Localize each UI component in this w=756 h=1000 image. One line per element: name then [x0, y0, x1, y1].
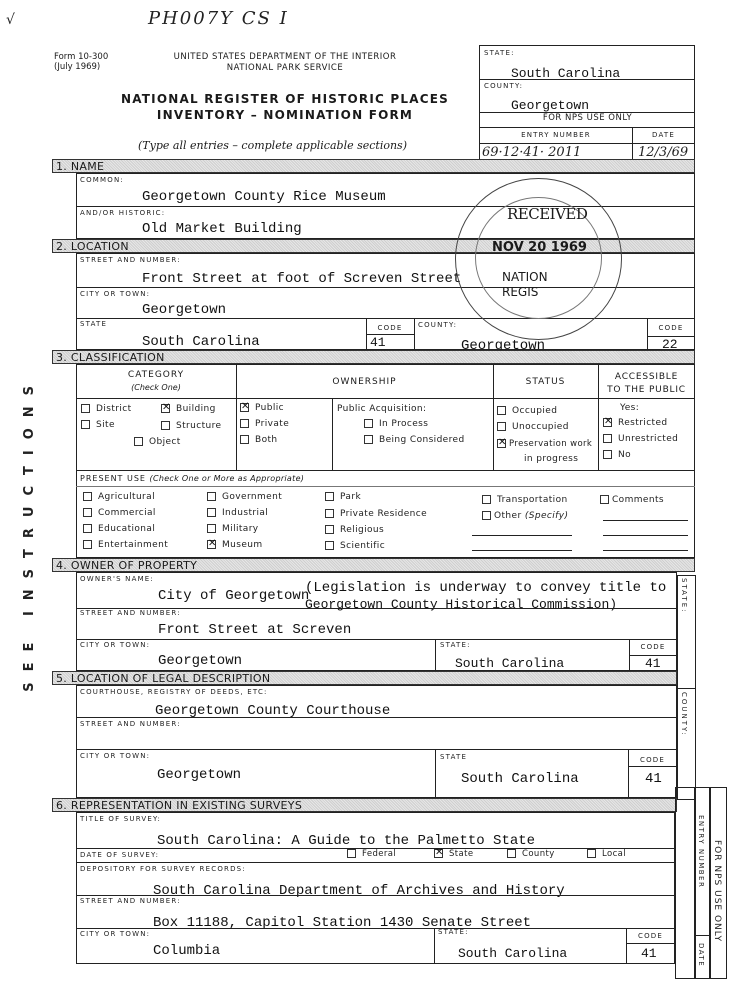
section-3-header: 3. CLASSIFICATION: [52, 350, 695, 364]
state-code-label: CODE: [366, 324, 414, 332]
legal-state-label: STATE: [440, 753, 467, 761]
accessible-restricted[interactable]: Restricted: [603, 418, 668, 428]
acquisition-in-process[interactable]: In Process: [364, 419, 428, 429]
use-private-residence[interactable]: Private Residence: [325, 509, 427, 519]
checkbox[interactable]: [83, 524, 92, 533]
nps-use-only-label: FOR NPS USE ONLY: [480, 113, 695, 123]
depository-value: South Carolina Department of Archives an…: [153, 883, 565, 899]
use-commercial[interactable]: Commercial: [83, 508, 156, 518]
record-id-annotation: PH007Y CS I: [148, 8, 289, 29]
survey-level-federal[interactable]: Federal: [347, 849, 396, 859]
other-line-2[interactable]: [472, 550, 572, 551]
checkbox[interactable]: [325, 509, 334, 518]
common-name-label: COMMON:: [80, 176, 124, 184]
nps-entry-column: [675, 787, 695, 979]
state-code-value: 41: [370, 335, 386, 350]
checkbox[interactable]: [207, 524, 216, 533]
option-label: Museum: [222, 540, 263, 550]
option-label: Private Residence: [340, 509, 427, 519]
status-in-progress: in progress: [524, 454, 578, 464]
owner-state-label: STATE:: [440, 641, 471, 649]
survey-level-county[interactable]: County: [507, 849, 555, 859]
entry-number-label: ENTRY NUMBER: [480, 131, 632, 139]
historic-name-label: AND/OR HISTORIC:: [80, 209, 165, 217]
checkbox-checked[interactable]: [207, 540, 216, 549]
option-label: Military: [222, 524, 259, 534]
location-state-value: South Carolina: [142, 334, 260, 350]
checkbox[interactable]: [207, 492, 216, 501]
acquisition-being-considered[interactable]: Being Considered: [364, 435, 465, 445]
present-use-sub: (Check One or More as Appropriate): [150, 474, 305, 483]
category-district[interactable]: District: [81, 404, 132, 414]
checkmark-annotation: √: [6, 12, 15, 28]
service: NATIONAL PARK SERVICE: [150, 63, 420, 74]
common-name-value: Georgetown County Rice Museum: [142, 189, 386, 205]
checkbox[interactable]: [325, 525, 334, 534]
option-label: Educational: [98, 524, 155, 534]
public-acquisition-label: Public Acquisition:: [337, 404, 426, 414]
option-label: Object: [149, 437, 181, 447]
form-number: Form 10-300: [54, 52, 108, 62]
checkbox[interactable]: [507, 849, 516, 858]
option-label: Agricultural: [98, 492, 155, 502]
option-label: Public: [255, 403, 284, 413]
checkbox[interactable]: [603, 450, 612, 459]
department: UNITED STATES DEPARTMENT OF THE INTERIOR: [150, 52, 420, 63]
survey-street-label: STREET AND NUMBER:: [80, 897, 181, 905]
survey-city-label: CITY OR TOWN:: [80, 930, 150, 938]
margin-state-label: STATE:: [680, 578, 688, 613]
legal-code-label: CODE: [628, 756, 677, 764]
checkbox[interactable]: [134, 437, 143, 446]
accessible-header-line2: TO THE PUBLIC: [598, 384, 695, 397]
comments-line-1[interactable]: [603, 520, 688, 521]
survey-code-value: 41: [641, 946, 657, 961]
stamp-line-1: NATION: [502, 270, 548, 284]
ownership-private[interactable]: Private: [240, 419, 289, 429]
option-label: Private: [255, 419, 289, 429]
title-line-1: NATIONAL REGISTER OF HISTORIC PLACES: [120, 91, 450, 107]
option-label: Unoccupied: [512, 422, 569, 432]
form-id: Form 10-300 (July 1969): [54, 52, 108, 72]
checkbox-checked[interactable]: [603, 418, 612, 427]
survey-level-local[interactable]: Local: [587, 849, 626, 859]
checkbox[interactable]: [207, 508, 216, 517]
section-5-header: 5. LOCATION OF LEGAL DESCRIPTION: [52, 671, 677, 685]
location-county-label: COUNTY:: [418, 321, 457, 329]
survey-city-value: Columbia: [153, 943, 220, 959]
nps-county-label: COUNTY:: [484, 82, 523, 90]
checkbox-checked[interactable]: [161, 404, 170, 413]
checkbox-checked[interactable]: [497, 439, 506, 448]
checkbox[interactable]: [600, 495, 609, 504]
title-line-2: INVENTORY – NOMINATION FORM: [120, 107, 450, 123]
legal-street-label: STREET AND NUMBER:: [80, 720, 181, 728]
category-site[interactable]: Site: [81, 420, 115, 430]
entry-number-value: 69·12·41· 2011: [482, 145, 581, 160]
survey-state-value: South Carolina: [458, 946, 567, 961]
owner-note-line-2: Georgetown County Historical Commission): [305, 597, 617, 612]
date-label: DATE: [632, 131, 695, 139]
stamp-line-2: REGIS: [502, 285, 538, 299]
checkbox[interactable]: [83, 508, 92, 517]
use-military[interactable]: Military: [207, 524, 259, 534]
owner-state-value: South Carolina: [455, 656, 564, 671]
owner-city-label: CITY OR TOWN:: [80, 641, 150, 649]
section-4-header: 4. OWNER OF PROPERTY: [52, 558, 695, 572]
accessible-yes-label: Yes:: [620, 403, 639, 413]
option-label: State: [449, 849, 474, 859]
legal-city-label: CITY OR TOWN:: [80, 752, 150, 760]
depository-label: DEPOSITORY FOR SURVEY RECORDS:: [80, 865, 246, 873]
present-use-header: PRESENT USE (Check One or More as Approp…: [80, 474, 304, 483]
use-industrial[interactable]: Industrial: [207, 508, 268, 518]
legal-state-value: South Carolina: [461, 771, 579, 787]
option-label: Site: [96, 420, 115, 430]
margin-date-label: DATE: [697, 943, 705, 967]
accessible-header: ACCESSIBLE TO THE PUBLIC: [598, 371, 695, 397]
use-park[interactable]: Park: [325, 492, 361, 502]
option-label: Transportation: [497, 495, 568, 505]
option-label: Federal: [362, 849, 396, 859]
survey-title-value: South Carolina: A Guide to the Palmetto …: [157, 833, 535, 849]
use-religious[interactable]: Religious: [325, 525, 384, 535]
use-museum[interactable]: Museum: [207, 540, 263, 550]
status-unoccupied[interactable]: Unoccupied: [497, 422, 569, 432]
option-label: Other: [494, 511, 522, 521]
county-code-label: CODE: [647, 324, 695, 332]
location-state-label: STATE: [80, 320, 107, 328]
checkbox[interactable]: [497, 406, 506, 415]
location-city-value: Georgetown: [142, 302, 226, 318]
checkbox[interactable]: [240, 419, 249, 428]
option-label: County: [522, 849, 555, 859]
use-transportation[interactable]: Transportation: [482, 495, 568, 505]
checkbox-checked[interactable]: [434, 849, 443, 858]
date-value: 12/3/69: [638, 145, 688, 160]
owner-note-line-1: (Legislation is underway to convey title…: [305, 580, 666, 596]
survey-date-label: DATE OF SURVEY:: [80, 851, 159, 859]
option-label: Government: [222, 492, 282, 502]
other-line-1[interactable]: [472, 535, 572, 536]
location-street-value: Front Street at foot of Screven Street: [142, 271, 461, 287]
checkbox[interactable]: [482, 495, 491, 504]
checkbox[interactable]: [83, 492, 92, 501]
checkbox[interactable]: [497, 422, 506, 431]
option-label: Unrestricted: [618, 434, 678, 444]
option-label: Industrial: [222, 508, 268, 518]
option-label: Preservation work: [509, 439, 592, 449]
margin-county-label: COUNTY:: [680, 692, 688, 737]
use-entertainment[interactable]: Entertainment: [83, 540, 168, 550]
option-label: No: [618, 450, 631, 460]
checkbox-checked[interactable]: [240, 403, 249, 412]
option-label: Both: [255, 435, 278, 445]
comments-line-3[interactable]: [603, 550, 688, 551]
use-educational[interactable]: Educational: [83, 524, 155, 534]
checkbox[interactable]: [240, 435, 249, 444]
stamp-received-text: RECEIVED: [507, 205, 587, 223]
option-label: Entertainment: [98, 540, 168, 550]
checkbox[interactable]: [347, 849, 356, 858]
survey-level-state[interactable]: State: [434, 849, 474, 859]
checkbox[interactable]: [325, 541, 334, 550]
owner-name-value: City of Georgetown: [158, 588, 309, 604]
checkbox[interactable]: [587, 849, 596, 858]
category-building[interactable]: Building: [161, 404, 216, 414]
section-6-header: 6. REPRESENTATION IN EXISTING SURVEYS: [52, 798, 677, 812]
option-label: Commercial: [98, 508, 156, 518]
option-label: Comments: [612, 495, 664, 505]
option-label: Structure: [176, 421, 221, 431]
status-header: STATUS: [493, 377, 598, 387]
location-street-label: STREET AND NUMBER:: [80, 256, 181, 264]
stamp-date-text: NOV 20 1969: [492, 240, 587, 255]
category-object[interactable]: Object: [134, 437, 181, 447]
use-other[interactable]: Other (Specify): [482, 511, 568, 521]
owner-name-label: OWNER'S NAME:: [80, 575, 154, 583]
category-subheader: (Check One): [76, 383, 236, 392]
checkbox[interactable]: [482, 511, 491, 520]
agency-header: UNITED STATES DEPARTMENT OF THE INTERIOR…: [150, 52, 420, 74]
checkbox[interactable]: [364, 435, 373, 444]
legal-code-value: 41: [645, 771, 662, 787]
ownership-header: OWNERSHIP: [236, 377, 493, 387]
use-scientific[interactable]: Scientific: [325, 541, 385, 551]
checkbox[interactable]: [325, 492, 334, 501]
use-comments[interactable]: Comments: [600, 495, 664, 505]
accessible-unrestricted[interactable]: Unrestricted: [603, 434, 678, 444]
checkbox[interactable]: [81, 420, 90, 429]
use-government[interactable]: Government: [207, 492, 282, 502]
form-title: NATIONAL REGISTER OF HISTORIC PLACES INV…: [120, 91, 450, 123]
option-label: District: [96, 404, 132, 414]
status-preservation-work[interactable]: Preservation work: [497, 439, 592, 449]
owner-street-value: Front Street at Screven: [158, 622, 351, 638]
option-label: Scientific: [340, 541, 385, 551]
nps-county-value: Georgetown: [511, 98, 589, 113]
checkbox[interactable]: [364, 419, 373, 428]
survey-title-label: TITLE OF SURVEY:: [80, 815, 161, 823]
option-label: Local: [602, 849, 626, 859]
nps-state-label: STATE:: [484, 49, 515, 57]
status-occupied[interactable]: Occupied: [497, 406, 557, 416]
option-label: In Process: [379, 419, 428, 429]
margin-entry-number-label: ENTRY NUMBER: [697, 815, 705, 888]
survey-state-label: STATE:: [438, 928, 469, 936]
survey-code-label: CODE: [626, 932, 675, 940]
location-city-label: CITY OR TOWN:: [80, 290, 150, 298]
accessible-no[interactable]: No: [603, 450, 631, 460]
category-header: CATEGORY: [76, 370, 236, 380]
ownership-both[interactable]: Both: [240, 435, 278, 445]
owner-city-value: Georgetown: [158, 653, 242, 669]
category-structure[interactable]: Structure: [161, 421, 221, 431]
option-label: Occupied: [512, 406, 557, 416]
option-label: Religious: [340, 525, 384, 535]
historic-name-value: Old Market Building: [142, 221, 302, 237]
option-label: Being Considered: [379, 435, 465, 445]
checkbox[interactable]: [83, 540, 92, 549]
legal-city-value: Georgetown: [157, 767, 241, 783]
form-date: (July 1969): [54, 62, 108, 72]
comments-line-2[interactable]: [603, 535, 688, 536]
owner-street-label: STREET AND NUMBER:: [80, 609, 181, 617]
use-agricultural[interactable]: Agricultural: [83, 492, 155, 502]
option-label: Building: [176, 404, 216, 414]
other-specify-label: (Specify): [525, 511, 569, 521]
accessible-header-line1: ACCESSIBLE: [598, 371, 695, 384]
checkbox[interactable]: [81, 404, 90, 413]
courthouse-label: COURTHOUSE, REGISTRY OF DEEDS, ETC:: [80, 688, 268, 696]
checkbox[interactable]: [603, 434, 612, 443]
checkbox[interactable]: [161, 421, 170, 430]
owner-code-value: 41: [645, 656, 661, 671]
present-use-label: PRESENT USE: [80, 474, 146, 483]
owner-code-label: CODE: [629, 643, 677, 651]
option-label: Park: [340, 492, 361, 502]
see-instructions-label: SEE INSTRUCTIONS: [22, 375, 37, 692]
instruction-text: (Type all entries – complete applicable …: [138, 139, 407, 152]
margin-use-only-label: FOR NPS USE ONLY: [712, 840, 722, 942]
section-1-header: 1. NAME: [52, 159, 695, 173]
ownership-public[interactable]: Public: [240, 403, 284, 413]
option-label: Restricted: [618, 418, 668, 428]
